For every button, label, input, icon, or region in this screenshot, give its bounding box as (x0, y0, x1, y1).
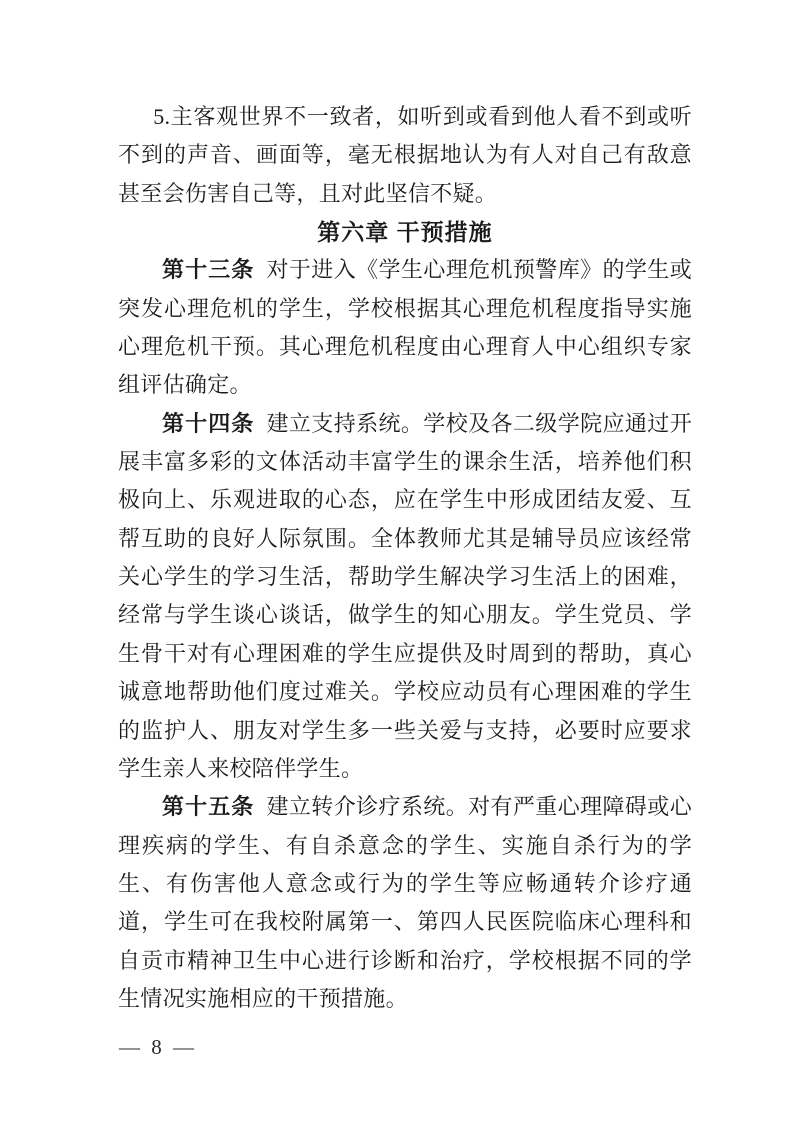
article-15-label: 第十五条 (162, 794, 254, 819)
chapter-heading: 第六章 干预措施 (118, 213, 692, 251)
document-page: 5.主客观世界不一致者，如听到或看到他人看不到或听不到的声音、画面等，毫无根据地… (0, 0, 799, 1130)
article-14-label: 第十四条 (162, 411, 254, 436)
article-15-text: 建立转介诊疗系统。对有严重心理障碍或心理疾病的学生、有自杀意念的学生、实施自杀行… (118, 794, 692, 1011)
article-15-paragraph: 第十五条建立转介诊疗系统。对有严重心理障碍或心理疾病的学生、有自杀意念的学生、实… (118, 788, 692, 1018)
numbered-list-item-5: 5.主客观世界不一致者，如听到或看到他人看不到或听不到的声音、画面等，毫无根据地… (118, 98, 692, 213)
article-14-text: 建立支持系统。学校及各二级学院应通过开展丰富多彩的文体活动丰富学生的课余生活，培… (118, 411, 692, 781)
page-number: — 8 — (119, 1033, 197, 1061)
article-13-label: 第十三条 (162, 257, 254, 282)
document-body: 5.主客观世界不一致者，如听到或看到他人看不到或听不到的声音、画面等，毫无根据地… (118, 98, 692, 1018)
article-14-paragraph: 第十四条建立支持系统。学校及各二级学院应通过开展丰富多彩的文体活动丰富学生的课余… (118, 405, 692, 788)
article-13-paragraph: 第十三条对于进入《学生心理危机预警库》的学生或突发心理危机的学生，学校根据其心理… (118, 251, 692, 404)
